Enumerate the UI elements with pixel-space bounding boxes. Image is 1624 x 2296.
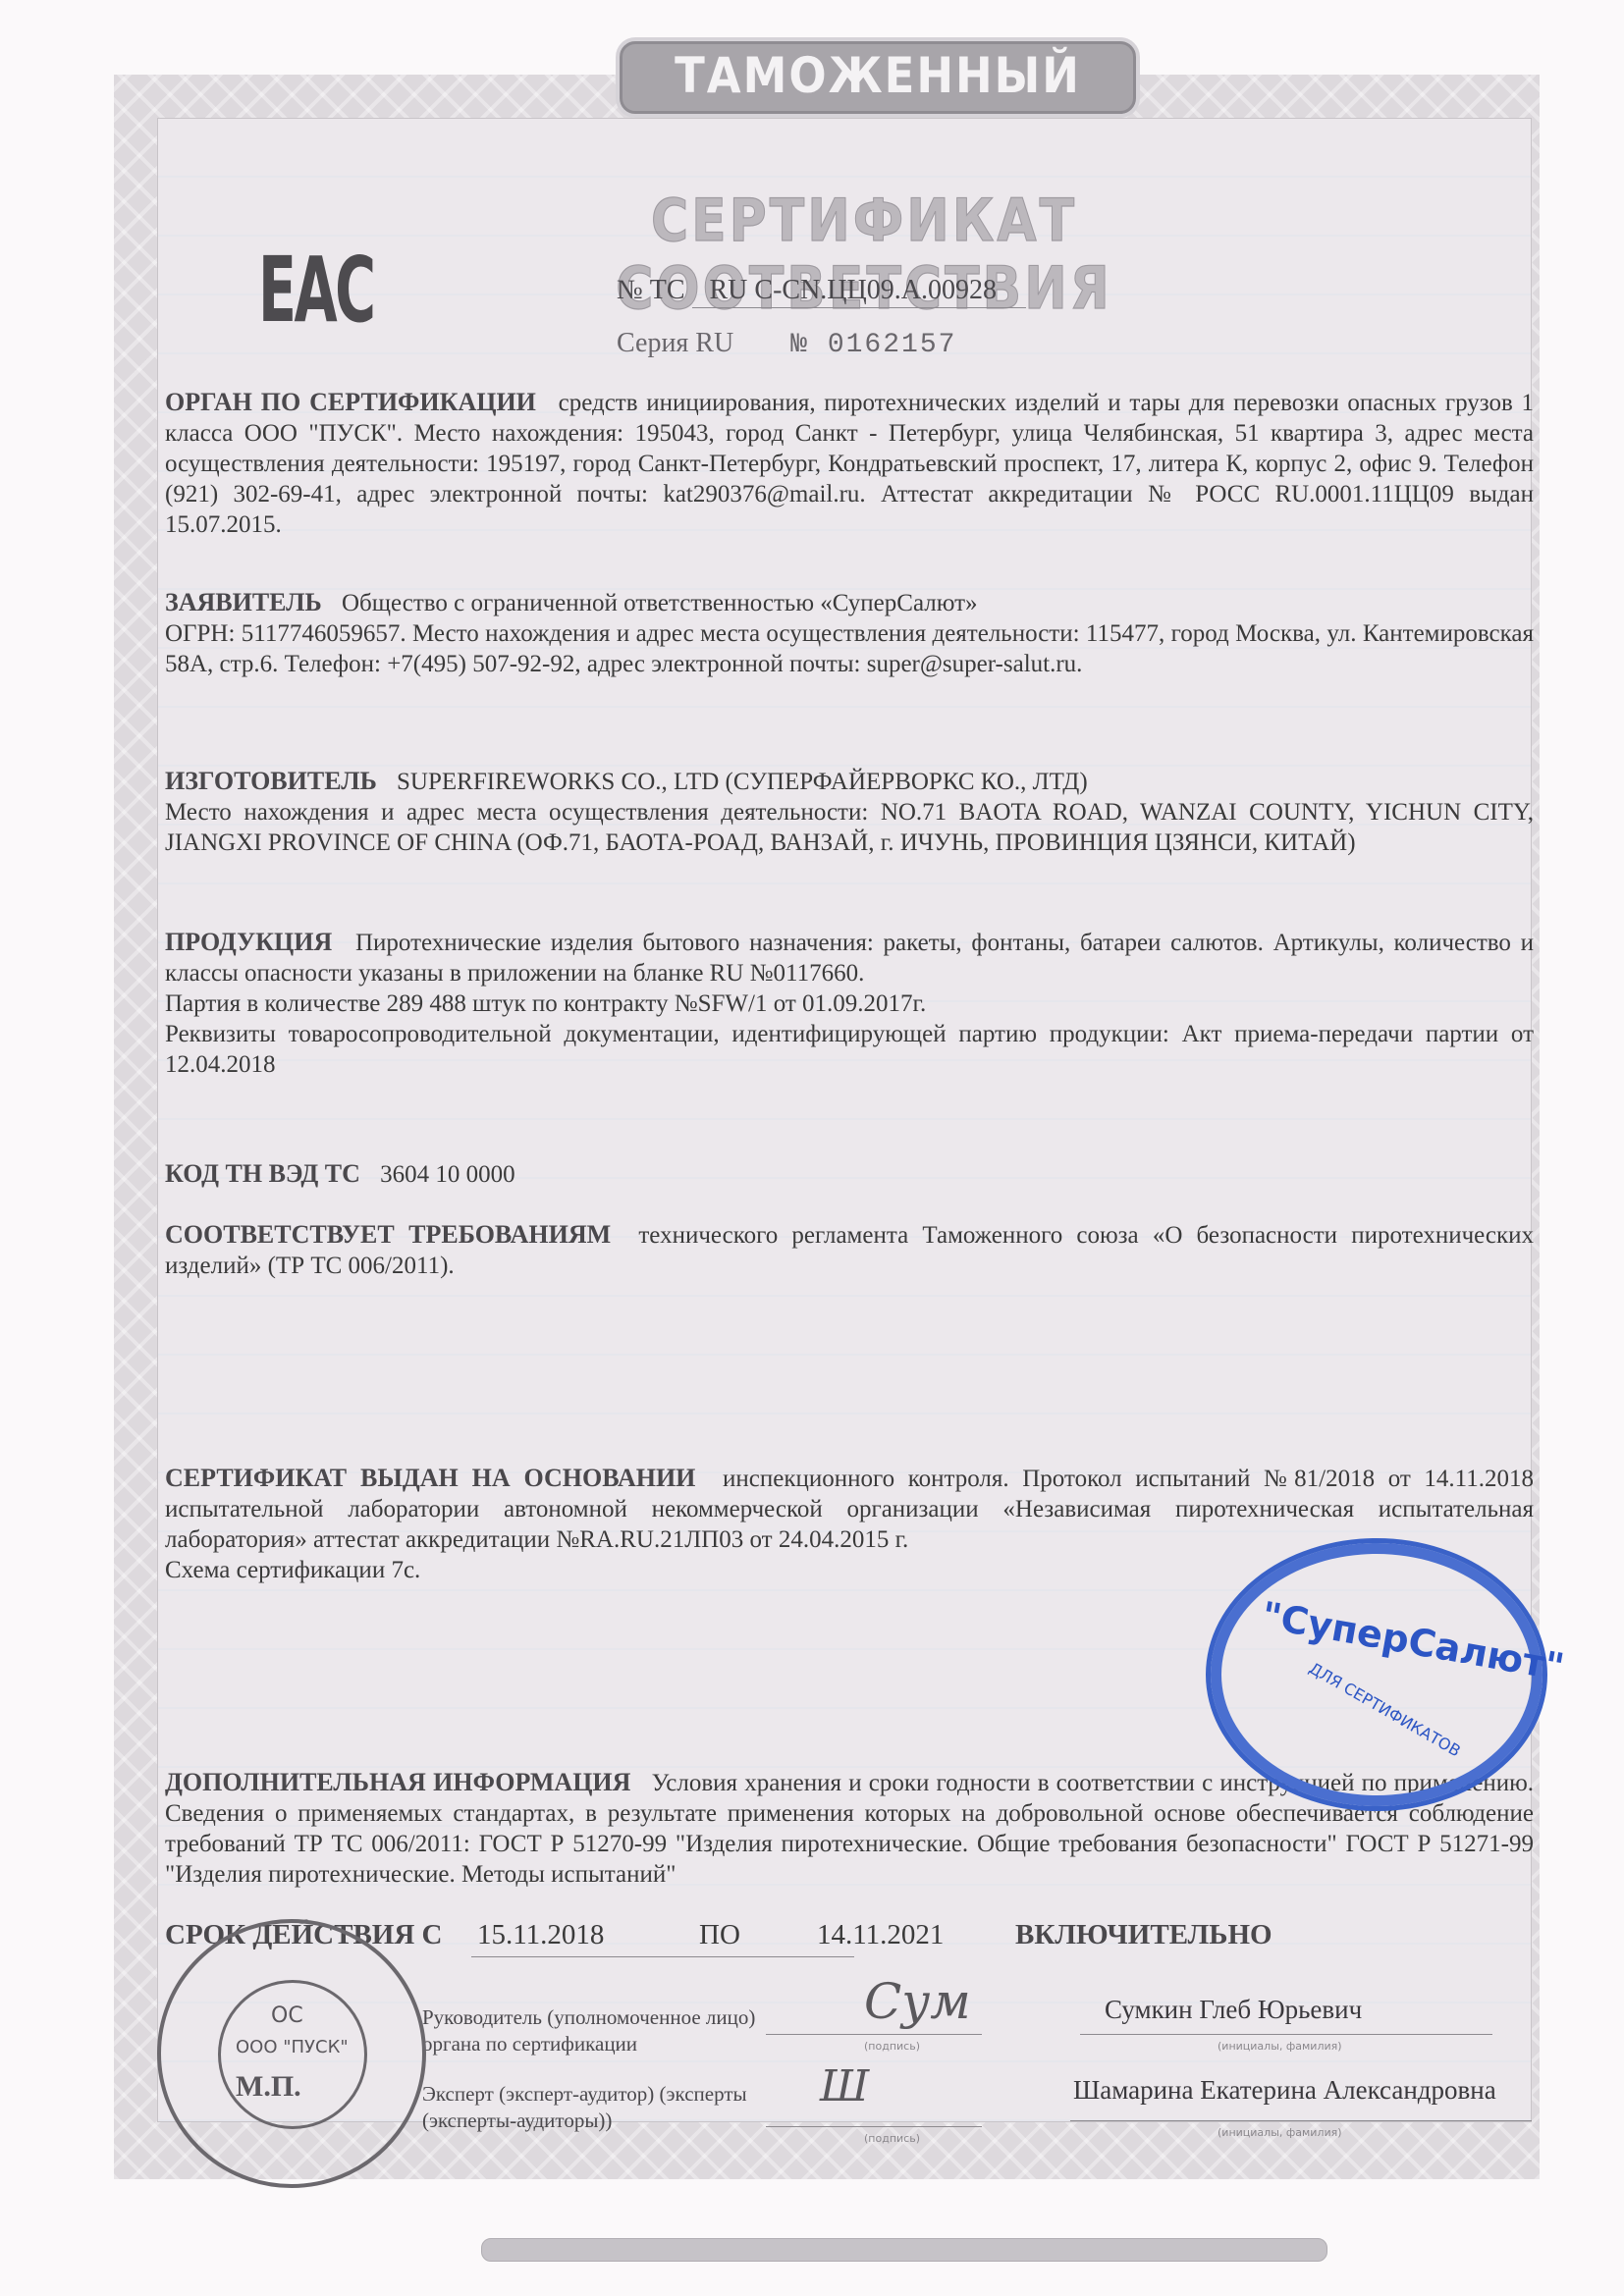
expert-signature: Ш [820,2061,869,2111]
expert-name: Шамарина Екатерина Александровна [1073,2075,1496,2106]
manufacturer-name: SUPERFIREWORKS CO., LTD (СУПЕРФАЙЕРВОРКС… [397,769,1088,795]
customs-union-banner: ТАМОЖЕННЫЙ СОЮЗ [620,41,1136,114]
valid-to-date: 14.11.2021 [817,1919,944,1951]
stamp-company-name: "СуперСалют" [1259,1593,1568,1688]
section-label: ЗАЯВИТЕЛЬ [165,588,322,616]
scheme-text: Схема сертификации 7с. [165,1557,420,1583]
documents-text: Реквизиты товаросопроводительной докумен… [165,1021,1534,1078]
series-number: № 0162157 [790,330,956,360]
name-caption: (инициалы, фамилия) [1218,2040,1342,2053]
conformity-section: СООТВЕТСТВУЕТ ТРЕБОВАНИЯМ технического р… [165,1219,1534,1281]
series-line: Серия RU № 0162157 [617,328,956,360]
tn-ved-code: 3604 10 0000 [380,1161,515,1188]
series-label: Серия RU [617,328,733,358]
section-label: КОД ТН ВЭД ТС [165,1159,360,1188]
applicant-section: ЗАЯВИТЕЛЬ Общество с ограниченной ответс… [165,587,1534,679]
section-label: ИЗГОТОВИТЕЛЬ [165,767,377,795]
batch-text: Партия в количестве 289 488 штук по конт… [165,990,926,1017]
name-caption: (инициалы, фамилия) [1218,2126,1342,2139]
signature-caption: (подпись) [864,2132,920,2145]
head-signatory-label: Руководитель (уполномоченное лицо) орган… [422,2004,756,2057]
stamp-text: ООО "ПУСК" [236,2037,349,2057]
section-label: СЕРТИФИКАТ ВЫДАН НА ОСНОВАНИИ [165,1464,695,1492]
divider [471,1956,648,1957]
stamp-text: ОС [271,2003,303,2028]
expert-signatory-label: Эксперт (эксперт-аудитор) (эксперты (экс… [422,2081,776,2134]
section-label: ПРОДУКЦИЯ [165,928,332,956]
seal-place-label: М.П. [236,2070,301,2104]
signature-line [766,2126,982,2127]
products-section: ПРОДУКЦИЯ Пиротехнические изделия бытово… [165,927,1534,1080]
section-label: ДОПОЛНИТЕЛЬНАЯ ИНФОРМАЦИЯ [165,1768,630,1796]
section-label: ОРГАН ПО СЕРТИФИКАЦИИ [165,388,536,416]
signature-caption: (подпись) [864,2040,920,2053]
section-label: СООТВЕТСТВУЕТ ТРЕБОВАНИЯМ [165,1220,611,1249]
head-name: Сумкин Глеб Юрьевич [1105,1995,1362,2025]
certificate-number: RU C-CN.ЦЦ09.А.00928 [692,275,1026,308]
valid-to-label: ПО [699,1919,740,1951]
number-label: № ТС [617,275,685,305]
divider [648,1956,854,1957]
section-text: ОГРН: 5117746059657. Место нахождения и … [165,620,1534,677]
eac-logo-icon: ЕАС [258,238,374,343]
tn-ved-section: КОД ТН ВЭД ТС 3604 10 0000 [165,1158,1534,1190]
name-line [1080,2034,1492,2035]
section-text: Место нахождения и адрес места осуществл… [165,799,1534,856]
manufacturer-section: ИЗГОТОВИТЕЛЬ SUPERFIREWORKS CO., LTD (СУ… [165,766,1534,858]
applicant-stamp: "СуперСалют" ДЛЯ СЕРТИФИКАТОВ [1206,1538,1547,1811]
certification-body-section: ОРГАН ПО СЕРТИФИКАЦИИ средств инициирова… [165,387,1534,540]
valid-from-date: 15.11.2018 [477,1919,604,1951]
applicant-name: Общество с ограниченной ответственностью… [342,590,978,616]
certification-body-stamp: ОС ООО "ПУСК" М.П. [157,1919,426,2188]
head-signature: Сум [864,1973,971,2030]
footer-print-strip [481,2238,1327,2262]
signature-line [766,2034,982,2035]
products-text: Пиротехнические изделия бытового назначе… [165,930,1534,987]
inclusive-label: ВКЛЮЧИТЕЛЬНО [1015,1919,1272,1951]
name-line [1070,2120,1532,2121]
certificate-number-line: № ТС RU C-CN.ЦЦ09.А.00928 [617,275,1026,306]
stamp-subtext: ДЛЯ СЕРТИФИКАТОВ [1306,1659,1464,1761]
